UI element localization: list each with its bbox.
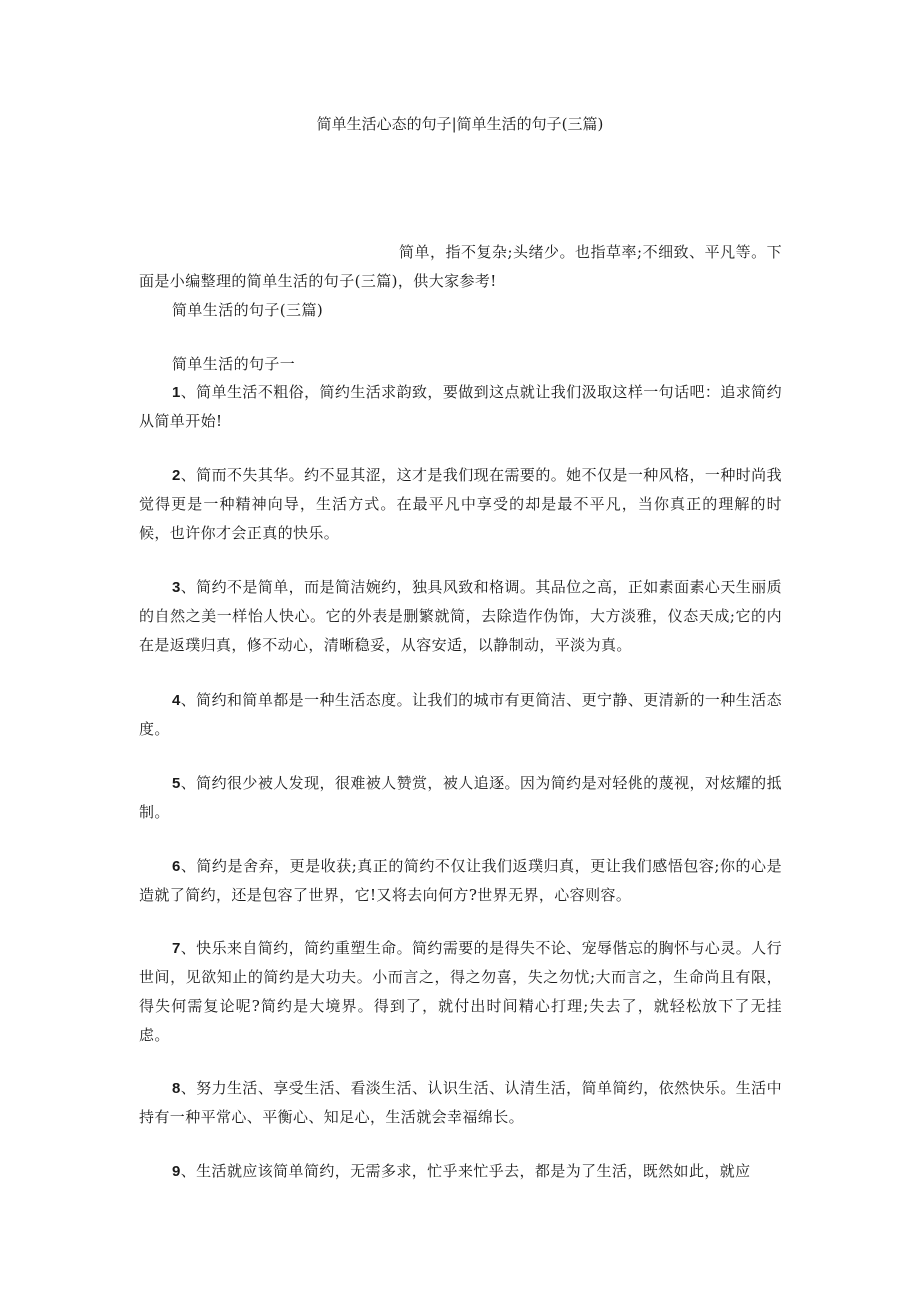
item-text: 、简约不是简单，而是简洁婉约，独具风致和格调。其品位之高，正如素面素心天生丽质的…	[139, 578, 782, 654]
list-item-7: 7、快乐来自简约，简约重塑生命。简约需要的是得失不论、宠辱偕忘的胸怀与心灵。人行…	[139, 934, 782, 1050]
list-item-9: 9、生活就应该简单简约，无需多求，忙乎来忙乎去，都是为了生活，既然如此，就应	[139, 1157, 782, 1186]
list-item-5: 5、简约很少被人发现，很难被人赞赏，被人追逐。因为简约是对轻佻的蔑视，对炫耀的抵…	[139, 769, 782, 827]
intro-paragraph: 简单，指不复杂;头绪少。也指草率;不细致、平凡等。下面是小编整理的简单生活的句子…	[139, 238, 782, 296]
list-item-2: 2、简而不失其华。约不显其涩，这才是我们现在需要的。她不仅是一种风格，一种时尚我…	[139, 461, 782, 548]
item-text: 、努力生活、享受生活、看淡生活、认识生活、认清生活，简单简约，依然快乐。生活中持…	[139, 1079, 782, 1126]
item-text: 、生活就应该简单简约，无需多求，忙乎来忙乎去，都是为了生活，既然如此，就应	[181, 1162, 751, 1180]
item-number: 9	[172, 1163, 181, 1180]
item-number: 1	[172, 384, 181, 401]
item-number: 8	[172, 1080, 181, 1097]
item-text: 、简约是舍弃，更是收获;真正的简约不仅让我们返璞归真，更让我们感悟包容;你的心是…	[139, 857, 782, 904]
item-number: 7	[172, 940, 181, 957]
item-number: 3	[172, 579, 181, 596]
list-item-6: 6、简约是舍弃，更是收获;真正的简约不仅让我们返璞归真，更让我们感悟包容;你的心…	[139, 852, 782, 910]
document-page: 简单生活心态的句子|简单生活的句子(三篇) 简单，指不复杂;头绪少。也指草率;不…	[0, 0, 920, 1302]
list-item-4: 4、简约和简单都是一种生活态度。让我们的城市有更简洁、更宁静、更清新的一种生活态…	[139, 686, 782, 744]
section-heading: 简单生活的句子(三篇)	[139, 296, 782, 325]
item-text: 、简而不失其华。约不显其涩，这才是我们现在需要的。她不仅是一种风格，一种时尚我觉…	[139, 466, 782, 542]
list-item-1: 1、简单生活不粗俗，简约生活求韵致，要做到这点就让我们汲取这样一句话吧：追求简约…	[139, 378, 782, 436]
list-item-3: 3、简约不是简单，而是简洁婉约，独具风致和格调。其品位之高，正如素面素心天生丽质…	[139, 573, 782, 660]
item-text: 、简约很少被人发现，很难被人赞赏，被人追逐。因为简约是对轻佻的蔑视，对炫耀的抵制…	[139, 774, 782, 821]
item-number: 4	[172, 692, 181, 709]
item-number: 2	[172, 467, 181, 484]
item-text: 、快乐来自简约，简约重塑生命。简约需要的是得失不论、宠辱偕忘的胸怀与心灵。人行世…	[139, 939, 782, 1044]
item-number: 6	[172, 858, 181, 875]
subsection-heading: 简单生活的句子一	[139, 350, 782, 379]
item-number: 5	[172, 775, 181, 792]
list-item-8: 8、努力生活、享受生活、看淡生活、认识生活、认清生活，简单简约，依然快乐。生活中…	[139, 1074, 782, 1132]
item-text: 、简单生活不粗俗，简约生活求韵致，要做到这点就让我们汲取这样一句话吧：追求简约从…	[139, 383, 782, 430]
item-text: 、简约和简单都是一种生活态度。让我们的城市有更简洁、更宁静、更清新的一种生活态度…	[139, 691, 782, 738]
document-title: 简单生活心态的句子|简单生活的句子(三篇)	[0, 114, 920, 134]
